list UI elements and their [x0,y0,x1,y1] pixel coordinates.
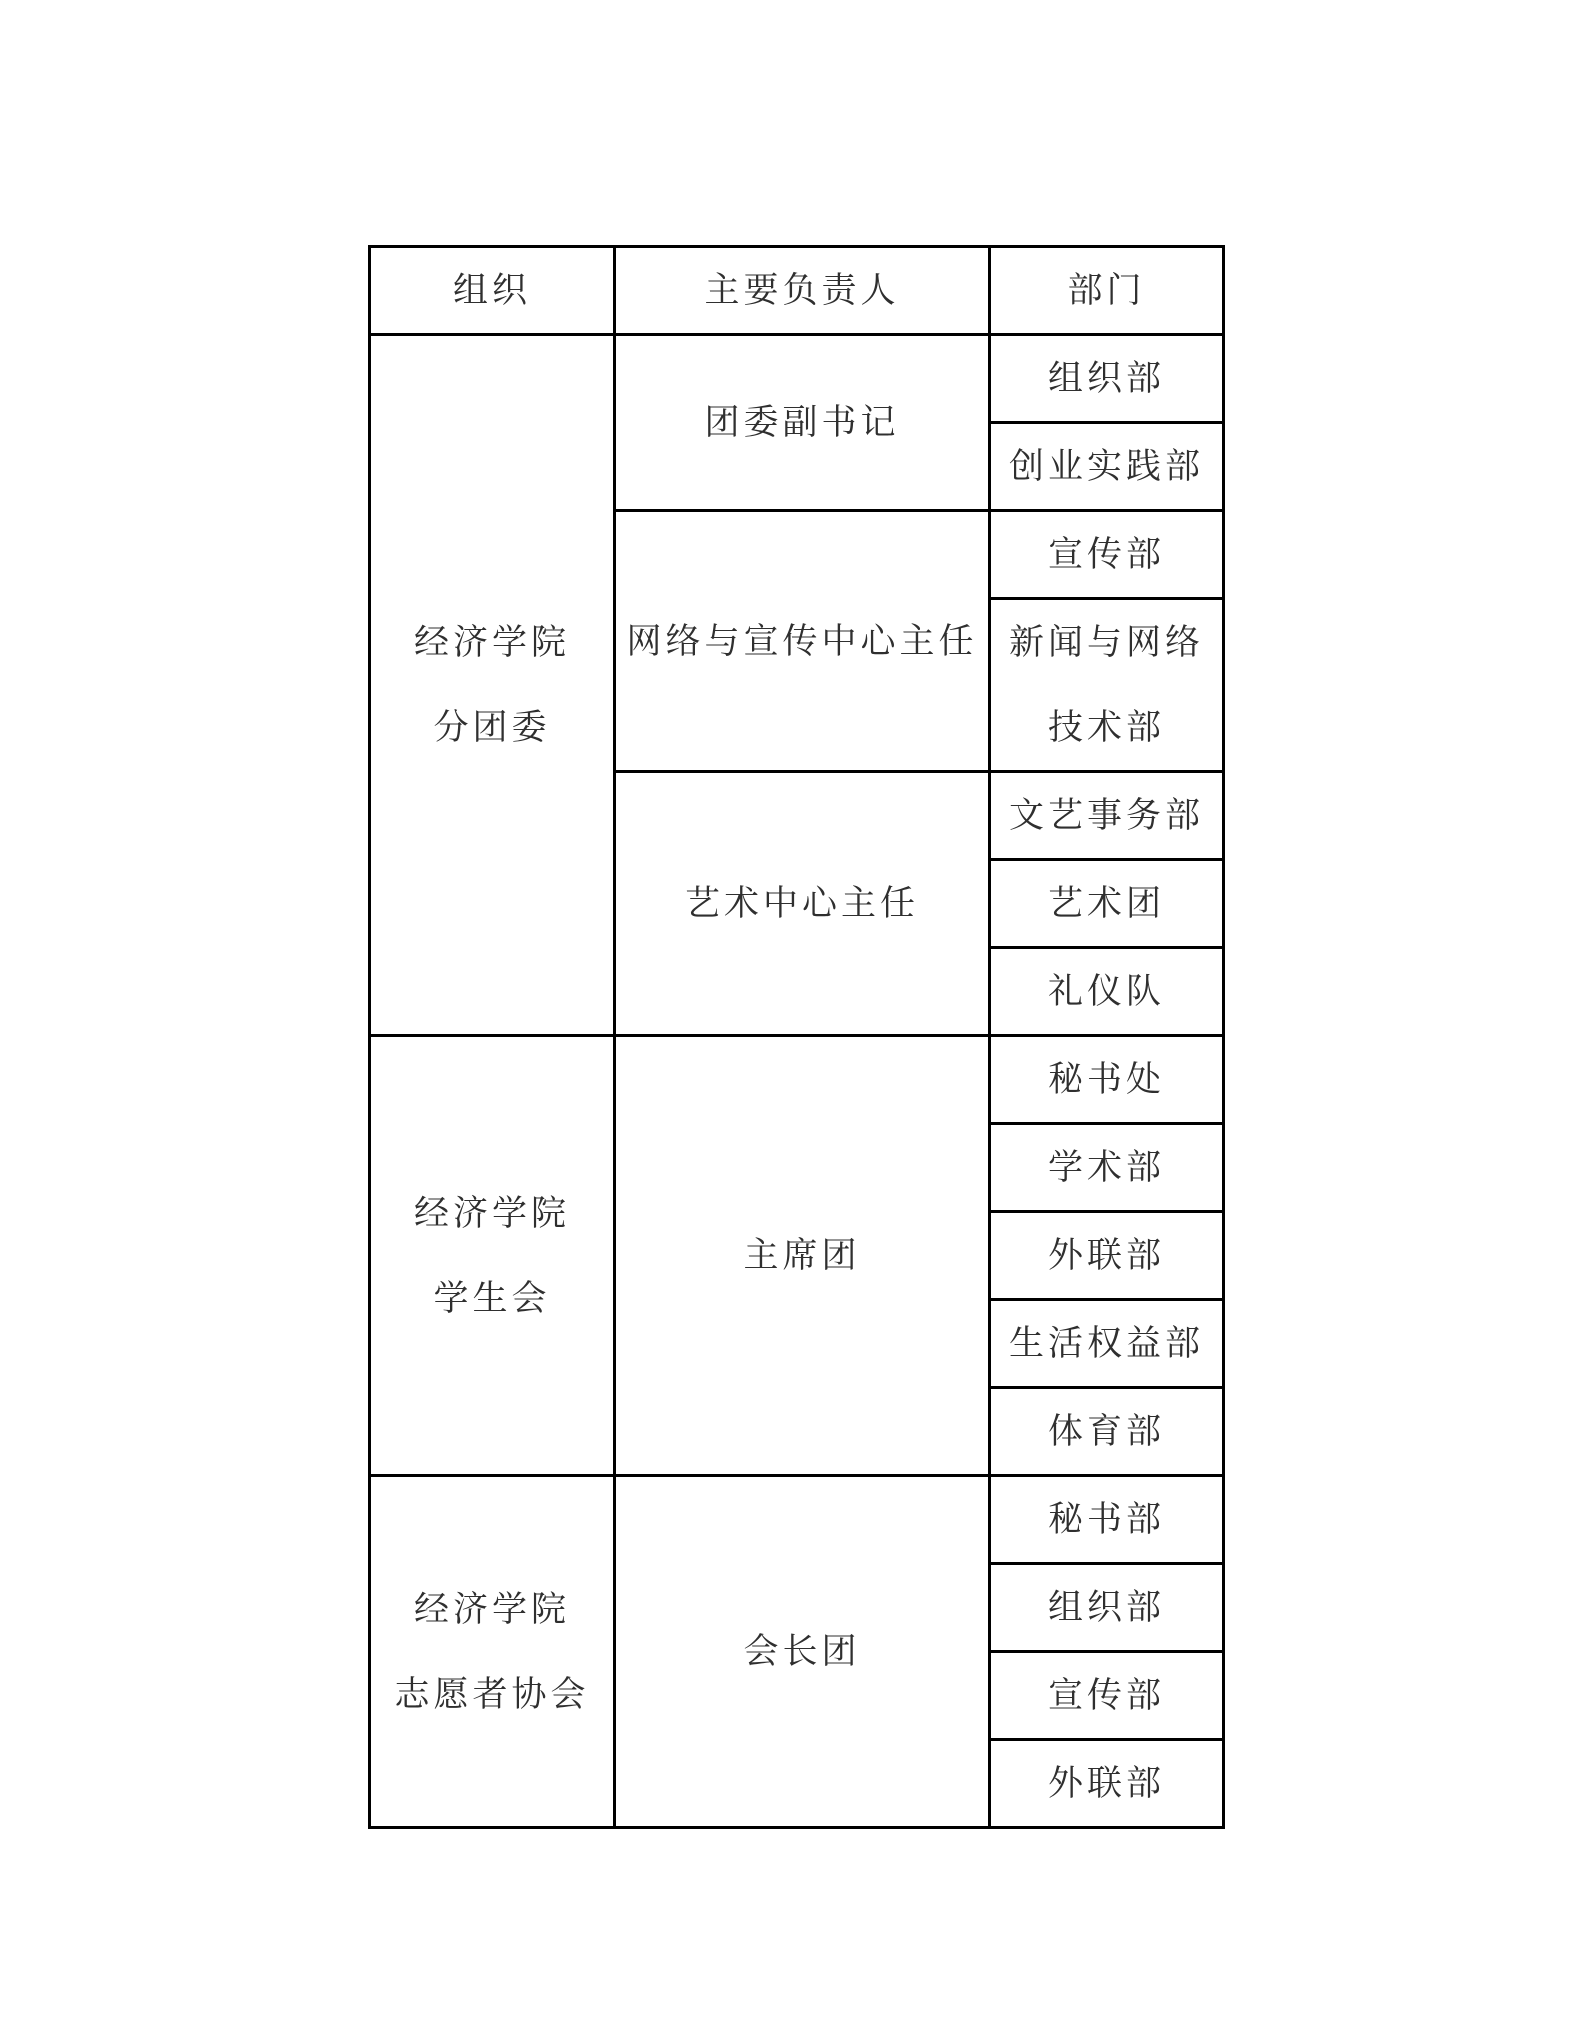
leader-cell-presidium: 主席团 [615,1036,990,1476]
leader-cell-president-group: 会长团 [615,1476,990,1828]
table-row: 经济学院 分团委 团委副书记 组织部 [370,335,1224,423]
dept-cell: 学术部 [990,1124,1224,1212]
dept-cell: 体育部 [990,1388,1224,1476]
header-leader-cell: 主要负责人 [615,247,990,335]
dept-cell: 生活权益部 [990,1300,1224,1388]
leader-cell-network-propaganda-center: 网络与宣传中心主任 [615,511,990,772]
leader-cell-deputy-secretary: 团委副书记 [615,335,990,511]
cell-line: 学生会 [371,1256,613,1341]
cell-line: 志愿者协会 [371,1652,613,1737]
table-row: 经济学院 志愿者协会 会长团 秘书部 [370,1476,1224,1564]
leader-cell-art-center: 艺术中心主任 [615,772,990,1036]
dept-cell: 秘书处 [990,1036,1224,1124]
table-row: 经济学院 学生会 主席团 秘书处 [370,1036,1224,1124]
org-cell-volunteer-association: 经济学院 志愿者协会 [370,1476,615,1828]
dept-cell-two-line: 新闻与网络 技术部 [990,599,1224,772]
cell-line: 技术部 [991,685,1222,770]
header-org-cell: 组织 [370,247,615,335]
dept-cell: 宣传部 [990,511,1224,599]
dept-cell: 秘书部 [990,1476,1224,1564]
dept-cell: 宣传部 [990,1652,1224,1740]
org-cell-youth-league: 经济学院 分团委 [370,335,615,1036]
cell-line: 经济学院 [371,1567,613,1652]
document-page: 组织 主要负责人 部门 经济学院 分团委 团委副书记 组织部 创业实践部 网络与… [0,0,1587,2024]
org-structure-table: 组织 主要负责人 部门 经济学院 分团委 团委副书记 组织部 创业实践部 网络与… [368,245,1225,1829]
dept-cell: 外联部 [990,1740,1224,1828]
header-dept-cell: 部门 [990,247,1224,335]
dept-cell: 外联部 [990,1212,1224,1300]
dept-cell: 艺术团 [990,860,1224,948]
cell-line: 分团委 [371,685,613,770]
dept-cell: 组织部 [990,1564,1224,1652]
org-cell-student-union: 经济学院 学生会 [370,1036,615,1476]
cell-line: 新闻与网络 [991,600,1222,685]
header-row: 组织 主要负责人 部门 [370,247,1224,335]
table-body: 组织 主要负责人 部门 经济学院 分团委 团委副书记 组织部 创业实践部 网络与… [370,247,1224,1828]
dept-cell: 组织部 [990,335,1224,423]
dept-cell: 文艺事务部 [990,772,1224,860]
cell-line: 经济学院 [371,600,613,685]
dept-cell: 创业实践部 [990,423,1224,511]
cell-line: 经济学院 [371,1171,613,1256]
dept-cell: 礼仪队 [990,948,1224,1036]
